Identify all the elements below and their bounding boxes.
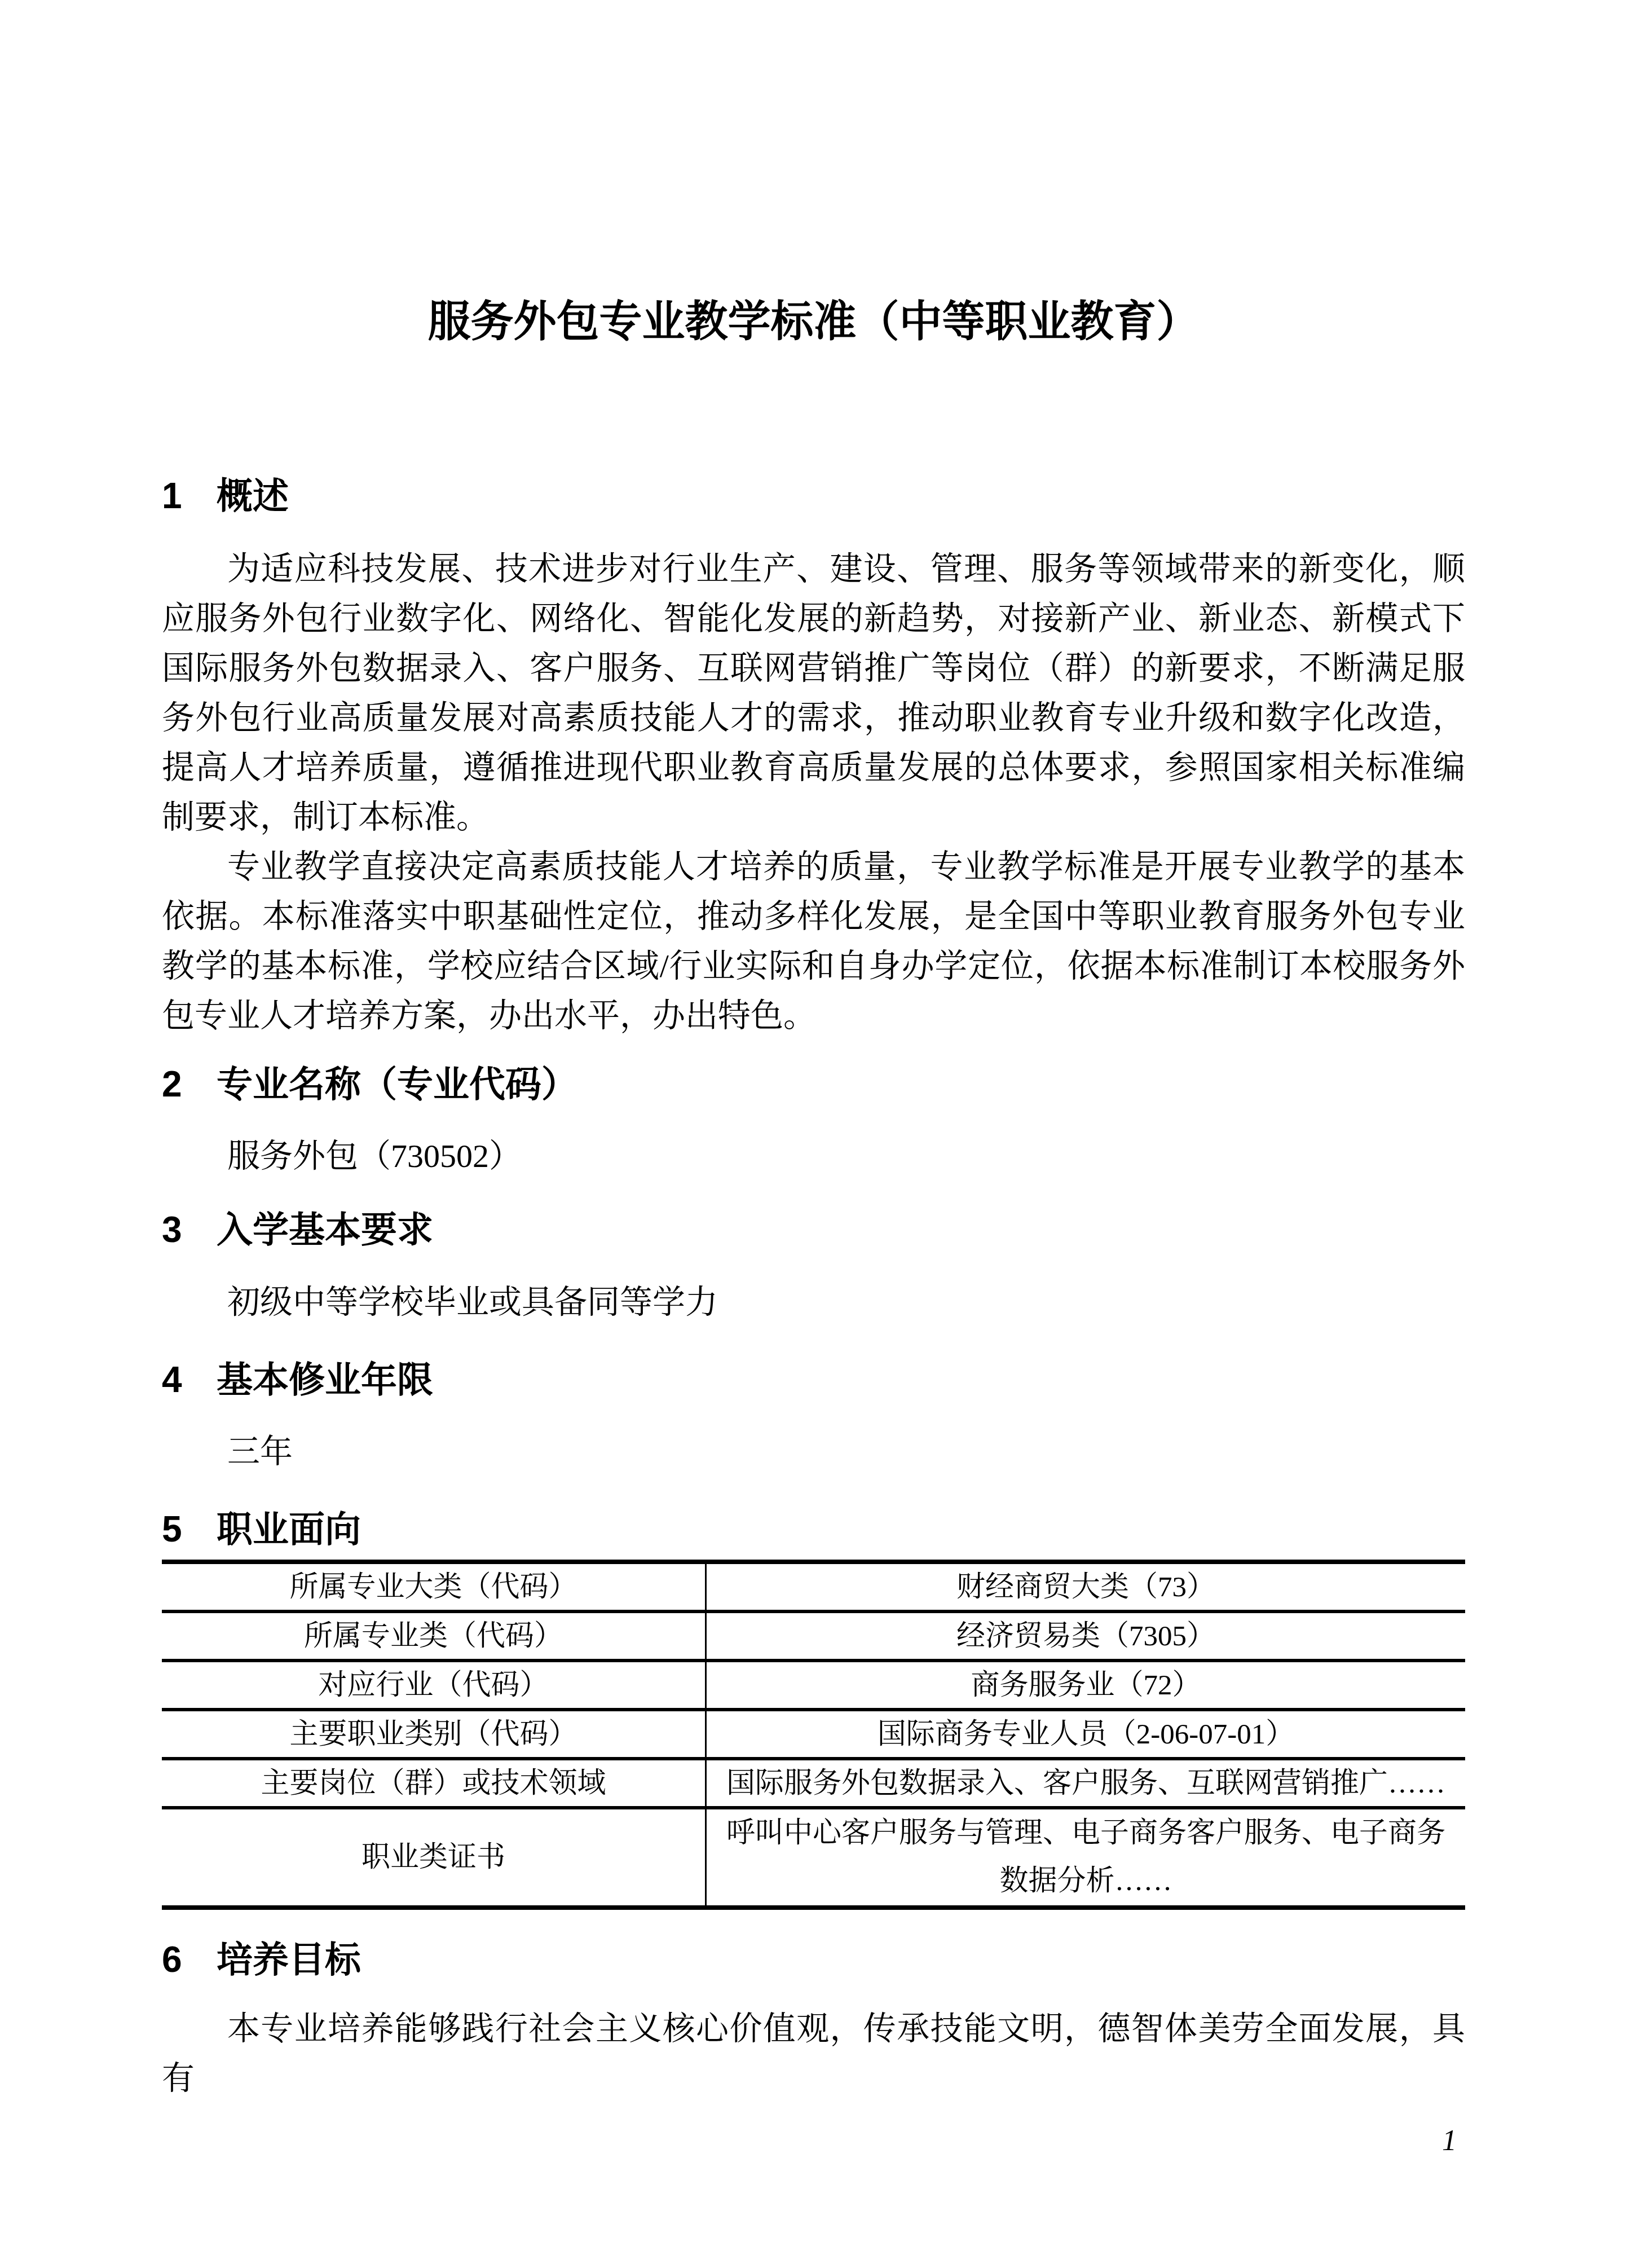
table-row: 职业类证书 呼叫中心客户服务与管理、电子商务客户服务、电子商务数据分析…… (162, 1808, 1465, 1908)
section-number: 5 (162, 1505, 217, 1553)
entry-requirement-value: 初级中等学校毕业或具备同等学力 (162, 1278, 1465, 1327)
table-row: 对应行业（代码） 商务服务业（72） (162, 1661, 1465, 1710)
section-number: 6 (162, 1936, 217, 1983)
table-label-cell: 主要职业类别（代码） (162, 1710, 706, 1759)
document-content: 服务外包专业教学标准（中等职业教育） 1概述 为适应科技发展、技术进步对行业生产… (0, 0, 1627, 2159)
table-value-cell: 经济贸易类（7305） (706, 1611, 1466, 1661)
section-heading-training-objective: 6培养目标 (162, 1936, 1465, 1983)
section-number: 2 (162, 1060, 217, 1108)
section-heading-text: 概述 (217, 475, 289, 516)
document-title: 服务外包专业教学标准（中等职业教育） (162, 0, 1465, 349)
training-objective-paragraph: 本专业培养能够践行社会主义核心价值观，传承技能文明，德智体美劳全面发展，具有 (162, 2004, 1465, 2103)
page-number: 1 (162, 2123, 1465, 2159)
table-label-cell: 所属专业大类（代码） (162, 1562, 706, 1611)
section-number: 3 (162, 1206, 217, 1253)
document-page: 服务外包专业教学标准（中等职业教育） 1概述 为适应科技发展、技术进步对行业生产… (0, 0, 1627, 2268)
table-row: 主要职业类别（代码） 国际商务专业人员（2-06-07-01） (162, 1710, 1465, 1759)
table-label-cell: 职业类证书 (162, 1808, 706, 1908)
table-label-cell: 所属专业类（代码） (162, 1611, 706, 1661)
section-heading-text: 入学基本要求 (217, 1209, 433, 1250)
major-name-value: 服务外包（730502） (162, 1131, 1465, 1181)
section-number: 1 (162, 472, 217, 519)
section-heading-overview: 1概述 (162, 472, 1465, 519)
table-label-cell: 主要岗位（群）或技术领域 (162, 1759, 706, 1808)
section-heading-text: 专业名称（专业代码） (217, 1064, 577, 1104)
table-label-cell: 对应行业（代码） (162, 1661, 706, 1710)
overview-paragraph-2: 专业教学直接决定高素质技能人才培养的质量，专业教学标准是开展专业教学的基本依据。… (162, 842, 1465, 1041)
study-years-value: 三年 (162, 1427, 1465, 1477)
section-number: 4 (162, 1356, 217, 1403)
table-value-cell: 财经商贸大类（73） (706, 1562, 1466, 1611)
table-row: 主要岗位（群）或技术领域 国际服务外包数据录入、客户服务、互联网营销推广…… (162, 1759, 1465, 1808)
table-value-cell: 商务服务业（72） (706, 1661, 1466, 1710)
section-heading-text: 培养目标 (217, 1939, 361, 1980)
table-value-cell: 呼叫中心客户服务与管理、电子商务客户服务、电子商务数据分析…… (706, 1808, 1466, 1908)
section-heading-text: 基本修业年限 (217, 1359, 433, 1400)
section-heading-career-orientation: 5职业面向 (162, 1505, 1465, 1553)
section-heading-text: 职业面向 (217, 1509, 361, 1549)
table-row: 所属专业大类（代码） 财经商贸大类（73） (162, 1562, 1465, 1611)
section-heading-study-years: 4基本修业年限 (162, 1356, 1465, 1403)
table-value-cell: 国际服务外包数据录入、客户服务、互联网营销推广…… (706, 1759, 1466, 1808)
career-orientation-table: 所属专业大类（代码） 财经商贸大类（73） 所属专业类（代码） 经济贸易类（73… (162, 1560, 1465, 1910)
overview-paragraph-1: 为适应科技发展、技术进步对行业生产、建设、管理、服务等领域带来的新变化，顺应服务… (162, 544, 1465, 842)
section-heading-major-name: 2专业名称（专业代码） (162, 1060, 1465, 1108)
table-row: 所属专业类（代码） 经济贸易类（7305） (162, 1611, 1465, 1661)
table-value-cell: 国际商务专业人员（2-06-07-01） (706, 1710, 1466, 1759)
section-heading-entry-requirement: 3入学基本要求 (162, 1206, 1465, 1253)
